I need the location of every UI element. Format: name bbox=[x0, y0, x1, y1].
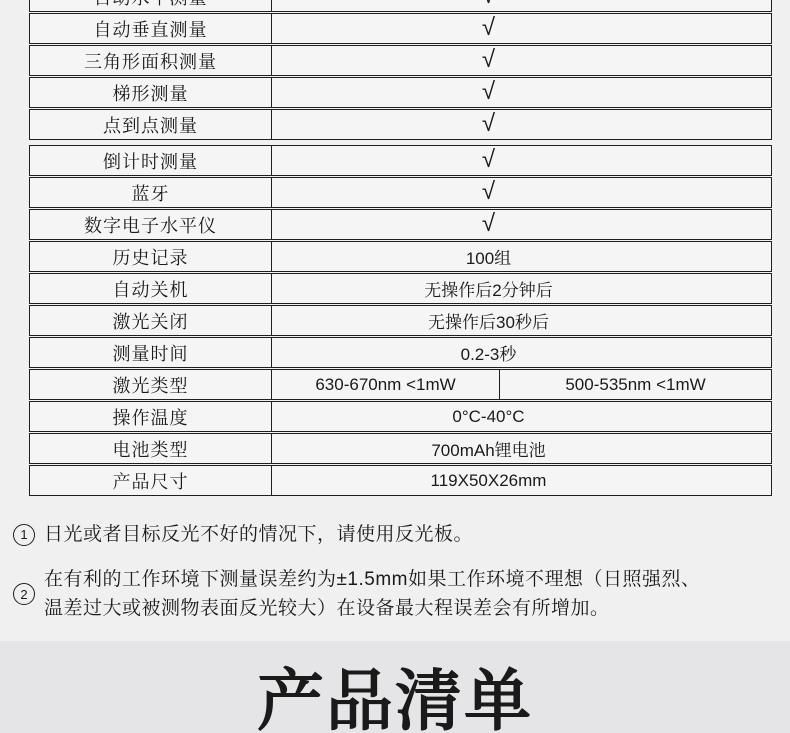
spec-row: 蓝牙√ bbox=[29, 177, 772, 208]
spec-row: 点到点测量√ bbox=[29, 109, 772, 140]
spec-label: 梯形测量 bbox=[30, 78, 271, 107]
section-title: 产品清单 bbox=[0, 668, 790, 733]
spec-label: 数字电子水平仪 bbox=[30, 210, 271, 239]
spec-row: 数字电子水平仪√ bbox=[29, 209, 772, 240]
spec-label: 蓝牙 bbox=[30, 178, 271, 207]
spec-row: 电池类型700mAh锂电池 bbox=[29, 433, 772, 464]
spec-value-split: 630-670nm <1mW500-535nm <1mW bbox=[271, 370, 771, 399]
spec-row: 激光关闭无操作后30秒后 bbox=[29, 305, 772, 336]
spec-row: 梯形测量√ bbox=[29, 77, 772, 108]
spec-label: 产品尺寸 bbox=[30, 466, 271, 495]
note-item: 2在有利的工作环境下测量误差约为±1.5mm如果工作环境不理想（日照强烈、温差过… bbox=[13, 565, 779, 623]
spec-value: 700mAh锂电池 bbox=[271, 434, 771, 463]
spec-row: 自动水平测量√ bbox=[29, 0, 772, 12]
spec-value: 无操作后30秒后 bbox=[271, 306, 771, 335]
notes-section: 1日光或者目标反光不好的情况下，请使用反光板。2在有利的工作环境下测量误差约为±… bbox=[13, 520, 779, 639]
spec-value: 100组 bbox=[271, 242, 771, 271]
checkmark-icon: √ bbox=[271, 14, 771, 43]
checkmark-icon: √ bbox=[271, 178, 771, 207]
note-number: 2 bbox=[13, 583, 35, 605]
note-text-line: 温差过大或被测物表面反光较大）在设备最大程误差会有所增加。 bbox=[44, 594, 701, 623]
spec-row: 测量时间0.2-3秒 bbox=[29, 337, 772, 368]
note-text-line: 日光或者目标反光不好的情况下，请使用反光板。 bbox=[44, 520, 473, 549]
note-number: 1 bbox=[13, 524, 35, 546]
spec-label: 点到点测量 bbox=[30, 110, 271, 139]
spec-label: 自动垂直测量 bbox=[30, 14, 271, 43]
checkmark-icon: √ bbox=[271, 210, 771, 239]
spec-value: 0°C-40°C bbox=[271, 402, 771, 431]
checkmark-icon: √ bbox=[271, 110, 771, 139]
spec-row: 自动垂直测量√ bbox=[29, 13, 772, 44]
spec-label: 测量时间 bbox=[30, 338, 271, 367]
spec-label: 激光类型 bbox=[30, 370, 271, 399]
checkmark-icon: √ bbox=[271, 78, 771, 107]
footer-band: 产品清单 bbox=[0, 641, 790, 733]
checkmark-icon: √ bbox=[271, 146, 771, 175]
spec-label: 电池类型 bbox=[30, 434, 271, 463]
spec-row: 历史记录100组 bbox=[29, 241, 772, 272]
spec-row: 操作温度0°C-40°C bbox=[29, 401, 772, 432]
spec-label: 历史记录 bbox=[30, 242, 271, 271]
spec-label: 激光关闭 bbox=[30, 306, 271, 335]
spec-row: 激光类型630-670nm <1mW500-535nm <1mW bbox=[29, 369, 772, 400]
spec-value: 无操作后2分钟后 bbox=[271, 274, 771, 303]
note-text: 在有利的工作环境下测量误差约为±1.5mm如果工作环境不理想（日照强烈、温差过大… bbox=[44, 565, 701, 623]
spec-row: 倒计时测量√ bbox=[29, 145, 772, 176]
spec-row: 三角形面积测量√ bbox=[29, 45, 772, 76]
checkmark-icon: √ bbox=[271, 46, 771, 75]
spec-value: 0.2-3秒 bbox=[271, 338, 771, 367]
spec-value: 119X50X26mm bbox=[271, 466, 771, 495]
spec-label: 倒计时测量 bbox=[30, 146, 271, 175]
spec-row: 自动关机无操作后2分钟后 bbox=[29, 273, 772, 304]
spec-value: 630-670nm <1mW bbox=[272, 370, 500, 399]
note-text: 日光或者目标反光不好的情况下，请使用反光板。 bbox=[44, 520, 473, 549]
spec-label: 三角形面积测量 bbox=[30, 46, 271, 75]
spec-row: 产品尺寸119X50X26mm bbox=[29, 465, 772, 496]
spec-label: 操作温度 bbox=[30, 402, 271, 431]
spec-label: 自动水平测量 bbox=[30, 0, 271, 11]
checkmark-icon: √ bbox=[271, 0, 771, 11]
note-item: 1日光或者目标反光不好的情况下，请使用反光板。 bbox=[13, 520, 779, 549]
note-text-line: 在有利的工作环境下测量误差约为±1.5mm如果工作环境不理想（日照强烈、 bbox=[44, 565, 701, 594]
spec-label: 自动关机 bbox=[30, 274, 271, 303]
spec-value: 500-535nm <1mW bbox=[500, 370, 771, 399]
spec-table: 自动水平测量√自动垂直测量√三角形面积测量√梯形测量√点到点测量√倒计时测量√蓝… bbox=[29, 0, 772, 496]
